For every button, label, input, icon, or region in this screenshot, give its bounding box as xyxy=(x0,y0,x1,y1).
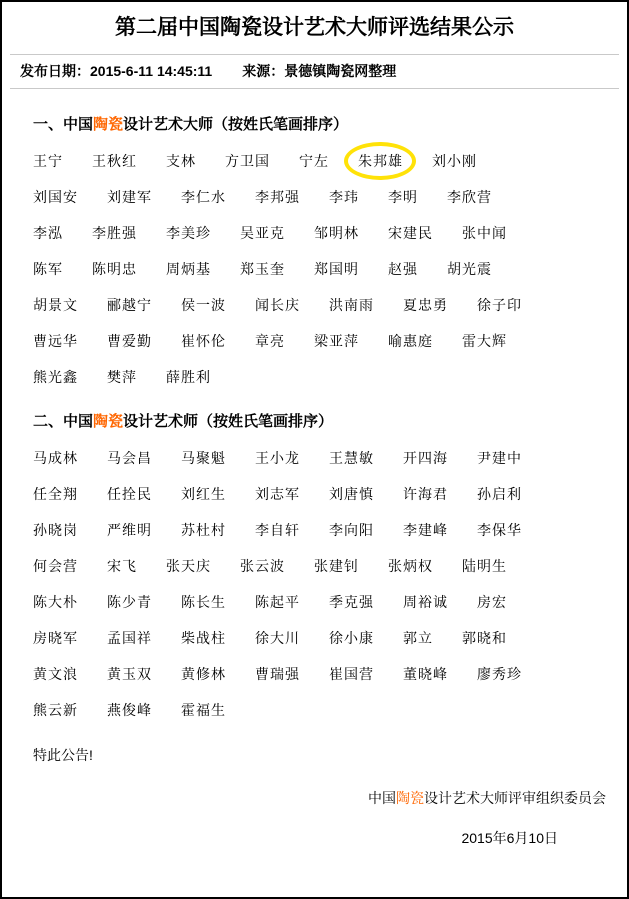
person-name: 曹爱勤 xyxy=(107,333,152,350)
person-name-circled: 朱邦雄 xyxy=(358,153,403,170)
person-name: 马成林 xyxy=(33,450,78,467)
person-name: 马会昌 xyxy=(107,450,152,467)
person-name: 尹建中 xyxy=(477,450,522,467)
person-name: 李仁水 xyxy=(181,189,226,206)
person-name: 刘唐慎 xyxy=(329,486,374,503)
person-name: 闻长庆 xyxy=(255,297,300,314)
person-name: 陈起平 xyxy=(255,594,300,611)
person-name: 孟国祥 xyxy=(107,630,152,647)
person-name: 曹远华 xyxy=(33,333,78,350)
person-name: 刘志军 xyxy=(255,486,300,503)
person-name: 郑玉奎 xyxy=(240,261,285,278)
person-name: 李邦强 xyxy=(255,189,300,206)
name-row: 李泓李胜强李美珍吴亚克邹明林宋建民张中闻 xyxy=(33,225,607,242)
person-name: 张云波 xyxy=(240,558,285,575)
person-name: 黄文浪 xyxy=(33,666,78,683)
person-name: 洪南雨 xyxy=(329,297,374,314)
section-title-suffix: 设计艺术大师（按姓氏笔画排序） xyxy=(123,116,348,133)
name-row: 黄文浪黄玉双黄修林曹瑞强崔国营董晓峰廖秀珍 xyxy=(33,666,607,683)
person-name: 马聚魁 xyxy=(181,450,226,467)
person-name: 周炳基 xyxy=(166,261,211,278)
person-name: 赵强 xyxy=(388,261,418,278)
person-name: 陈军 xyxy=(33,261,63,278)
person-name: 郑国明 xyxy=(314,261,359,278)
name-row: 熊光鑫樊萍薛胜利 xyxy=(33,369,607,386)
meta-bar: 发布日期：2015-6-11 14:45:11来源：景德镇陶瓷网整理 xyxy=(10,54,619,89)
name-row: 陈军陈明忠周炳基郑玉奎郑国明赵强胡光震 xyxy=(33,261,607,278)
person-name: 吴亚克 xyxy=(240,225,285,242)
person-name: 何会营 xyxy=(33,558,78,575)
person-name: 刘建军 xyxy=(107,189,152,206)
person-name: 王秋红 xyxy=(92,153,137,170)
person-name: 陆明生 xyxy=(462,558,507,575)
signature-date: 2015年6月10日 xyxy=(2,830,627,847)
person-name: 刘国安 xyxy=(33,189,78,206)
person-name: 许海君 xyxy=(403,486,448,503)
person-name: 崔怀伦 xyxy=(181,333,226,350)
person-name: 樊萍 xyxy=(107,369,137,386)
name-row: 曹远华曹爱勤崔怀伦章亮梁亚萍喻惠庭雷大辉 xyxy=(33,333,607,350)
name-row: 胡景文郦越宁侯一波闻长庆洪南雨夏忠勇徐子印 xyxy=(33,297,607,314)
person-name: 章亮 xyxy=(255,333,285,350)
person-name: 季克强 xyxy=(329,594,374,611)
person-name: 严维明 xyxy=(107,522,152,539)
person-name: 王小龙 xyxy=(255,450,300,467)
name-row: 马成林马会昌马聚魁王小龙王慧敏开四海尹建中 xyxy=(33,450,607,467)
name-row: 任全翔任拴民刘红生刘志军刘唐慎许海君孙启利 xyxy=(33,486,607,503)
person-name: 张建钊 xyxy=(314,558,359,575)
name-row: 房晓军孟国祥柴战柱徐大川徐小康郭立郭晓和 xyxy=(33,630,607,647)
person-name: 孙启利 xyxy=(477,486,522,503)
person-name: 苏杜村 xyxy=(181,522,226,539)
section-title: 一、中国陶瓷设计艺术大师（按姓氏笔画排序） xyxy=(33,115,607,134)
person-name: 李玮 xyxy=(329,189,359,206)
name-row: 陈大朴陈少青陈长生陈起平季克强周裕诚房宏 xyxy=(33,594,607,611)
announcement-page: 第二届中国陶瓷设计艺术大师评选结果公示 发布日期：2015-6-11 14:45… xyxy=(0,0,629,899)
person-name: 熊光鑫 xyxy=(33,369,78,386)
person-name: 张中闻 xyxy=(462,225,507,242)
person-name: 熊云新 xyxy=(33,702,78,719)
name-row: 何会营宋飞张天庆张云波张建钊张炳权陆明生 xyxy=(33,558,607,575)
person-name: 刘小刚 xyxy=(432,153,477,170)
person-name: 李明 xyxy=(388,189,418,206)
keyword-link-taoci[interactable]: 陶瓷 xyxy=(93,116,123,133)
person-name: 孙晓岗 xyxy=(33,522,78,539)
person-name: 霍福生 xyxy=(181,702,226,719)
person-name: 喻惠庭 xyxy=(388,333,433,350)
person-name: 张天庆 xyxy=(166,558,211,575)
person-name: 黄玉双 xyxy=(107,666,152,683)
person-name: 郭立 xyxy=(403,630,433,647)
person-name: 梁亚萍 xyxy=(314,333,359,350)
name-row: 熊云新燕俊峰霍福生 xyxy=(33,702,607,719)
page-title: 第二届中国陶瓷设计艺术大师评选结果公示 xyxy=(2,2,627,42)
person-name: 任拴民 xyxy=(107,486,152,503)
person-name: 郦越宁 xyxy=(107,297,152,314)
person-name: 董晓峰 xyxy=(403,666,448,683)
person-name: 房宏 xyxy=(477,594,507,611)
keyword-link-taoci[interactable]: 陶瓷 xyxy=(396,790,424,806)
sections: 一、中国陶瓷设计艺术大师（按姓氏笔画排序）王宁王秋红支林方卫国宁左朱邦雄刘小刚刘… xyxy=(2,115,627,719)
person-name: 李自轩 xyxy=(255,522,300,539)
person-name: 郭晓和 xyxy=(462,630,507,647)
person-name: 李胜强 xyxy=(92,225,137,242)
person-name: 曹瑞强 xyxy=(255,666,300,683)
person-name: 徐大川 xyxy=(255,630,300,647)
section-title-suffix: 设计艺术师（按姓氏笔画排序） xyxy=(123,413,333,430)
name-row: 刘国安刘建军李仁水李邦强李玮李明李欣营 xyxy=(33,189,607,206)
person-name: 李保华 xyxy=(477,522,522,539)
person-name: 雷大辉 xyxy=(462,333,507,350)
person-name: 任全翔 xyxy=(33,486,78,503)
name-row: 王宁王秋红支林方卫国宁左朱邦雄刘小刚 xyxy=(33,153,607,170)
person-name: 房晓军 xyxy=(33,630,78,647)
publish-date-value: 2015-6-11 14:45:11 xyxy=(90,63,212,79)
committee-prefix: 中国 xyxy=(368,790,396,806)
person-name: 陈少青 xyxy=(107,594,152,611)
section-title: 二、中国陶瓷设计艺术师（按姓氏笔画排序） xyxy=(33,412,607,431)
master-section-1: 一、中国陶瓷设计艺术大师（按姓氏笔画排序）王宁王秋红支林方卫国宁左朱邦雄刘小刚刘… xyxy=(33,115,607,386)
source-value: 景德镇陶瓷网整理 xyxy=(284,63,396,79)
person-name: 燕俊峰 xyxy=(107,702,152,719)
person-name: 李欣营 xyxy=(447,189,492,206)
keyword-link-taoci[interactable]: 陶瓷 xyxy=(93,413,123,430)
master-section-2: 二、中国陶瓷设计艺术师（按姓氏笔画排序）马成林马会昌马聚魁王小龙王慧敏开四海尹建… xyxy=(33,412,607,719)
person-name: 宋飞 xyxy=(107,558,137,575)
person-name: 陈明忠 xyxy=(92,261,137,278)
person-name: 开四海 xyxy=(403,450,448,467)
person-name: 黄修林 xyxy=(181,666,226,683)
person-name: 周裕诚 xyxy=(403,594,448,611)
person-name: 崔国营 xyxy=(329,666,374,683)
person-name: 夏忠勇 xyxy=(403,297,448,314)
person-name: 李建峰 xyxy=(403,522,448,539)
person-name: 王慧敏 xyxy=(329,450,374,467)
person-name: 徐子印 xyxy=(477,297,522,314)
person-name: 胡光震 xyxy=(447,261,492,278)
person-name: 薛胜利 xyxy=(166,369,211,386)
source-label: 来源： xyxy=(242,63,284,79)
person-name: 李泓 xyxy=(33,225,63,242)
person-name: 宁左 xyxy=(299,153,329,170)
committee-suffix: 设计艺术大师评审组织委员会 xyxy=(424,790,606,806)
section-title-prefix: 一、中国 xyxy=(33,116,93,133)
committee-signature: 中国陶瓷设计艺术大师评审组织委员会 xyxy=(2,790,627,807)
person-name: 徐小康 xyxy=(329,630,374,647)
person-name: 方卫国 xyxy=(225,153,270,170)
person-name: 王宁 xyxy=(33,153,63,170)
person-name: 李向阳 xyxy=(329,522,374,539)
person-name: 张炳权 xyxy=(388,558,433,575)
person-name: 邹明林 xyxy=(314,225,359,242)
person-name: 宋建民 xyxy=(388,225,433,242)
person-name: 陈长生 xyxy=(181,594,226,611)
section-title-prefix: 二、中国 xyxy=(33,413,93,430)
person-name: 柴战柱 xyxy=(181,630,226,647)
person-name: 侯一波 xyxy=(181,297,226,314)
notice-text: 特此公告! xyxy=(33,747,627,764)
publish-date-label: 发布日期： xyxy=(20,63,90,79)
person-name: 支林 xyxy=(166,153,196,170)
name-row: 孙晓岗严维明苏杜村李自轩李向阳李建峰李保华 xyxy=(33,522,607,539)
person-name: 李美珍 xyxy=(166,225,211,242)
person-name: 刘红生 xyxy=(181,486,226,503)
person-name: 胡景文 xyxy=(33,297,78,314)
person-name: 陈大朴 xyxy=(33,594,78,611)
person-name: 廖秀珍 xyxy=(477,666,522,683)
